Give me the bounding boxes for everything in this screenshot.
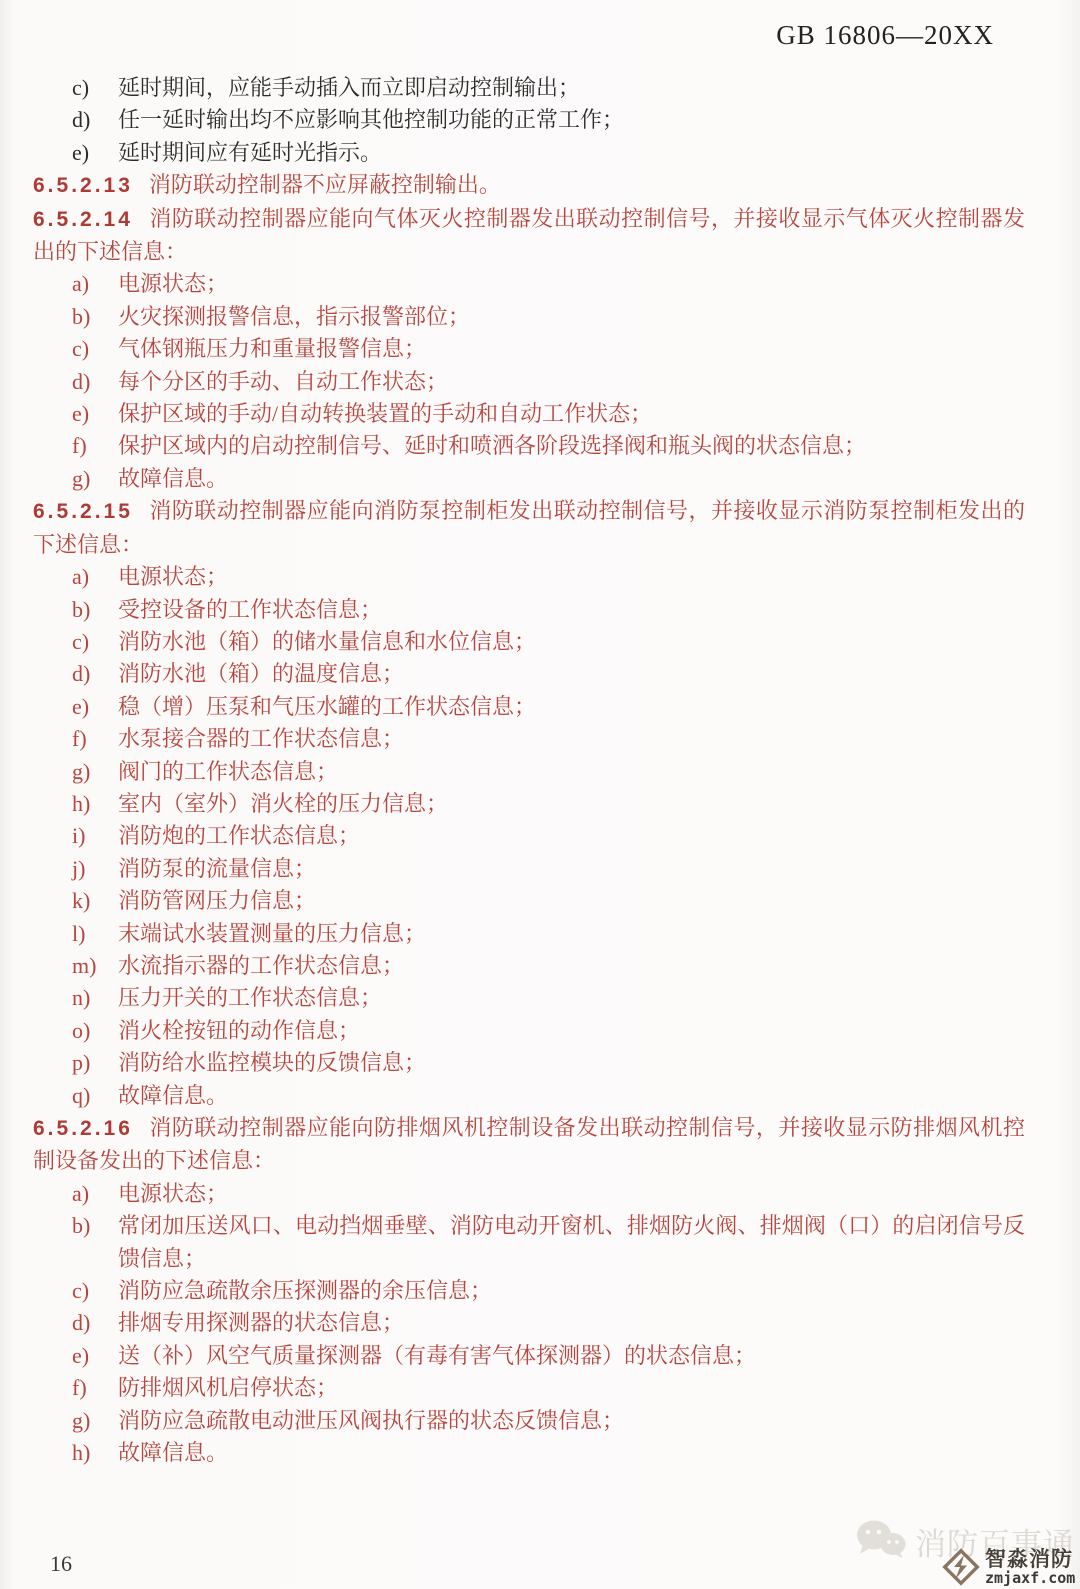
list-item-label: c) <box>72 1275 118 1307</box>
list-item-text: 消火栓按钮的动作信息； <box>118 1015 1025 1047</box>
zhimiao-logo-icon <box>942 1548 980 1589</box>
list-item-text: 送（补）风空气质量探测器（有毒有害气体探测器）的状态信息； <box>118 1340 1025 1372</box>
list-item-label: e) <box>72 137 118 169</box>
list-item-label: j) <box>72 853 118 885</box>
list-item: e)保护区域的手动/自动转换装置的手动和自动工作状态； <box>33 398 1025 430</box>
list-item-text: 消防应急疏散余压探测器的余压信息； <box>118 1275 1025 1307</box>
section-text: 消防联动控制器应能向消防泵控制柜发出联动控制信号，并接收显示消防泵控制柜发出的下… <box>33 498 1025 556</box>
list-item-text: 受控设备的工作状态信息； <box>118 594 1025 626</box>
list-item: p)消防给水监控模块的反馈信息； <box>33 1047 1025 1079</box>
logo-text: 智淼消防 <box>985 1548 1075 1570</box>
list-item: f)防排烟风机启停状态； <box>33 1372 1025 1404</box>
section-heading: 6.5.2.16消防联动控制器应能向防排烟风机控制设备发出联动控制信号，并接收显… <box>33 1112 1025 1178</box>
list-item-text: 延时期间应有延时光指示。 <box>118 137 1025 169</box>
list-item: g)消防应急疏散电动泄压风阀执行器的状态反馈信息； <box>33 1405 1025 1437</box>
list-item: f)保护区域内的启动控制信号、延时和喷洒各阶段选择阀和瓶头阀的状态信息； <box>33 430 1025 462</box>
list-item-text: 消防管网压力信息； <box>118 885 1025 917</box>
list-item-text: 消防泵的流量信息； <box>118 853 1025 885</box>
list-item: b)受控设备的工作状态信息； <box>33 594 1025 626</box>
list-item: m)水流指示器的工作状态信息； <box>33 950 1025 982</box>
list-item-text: 故障信息。 <box>118 1437 1025 1469</box>
list-item-text: 消防炮的工作状态信息； <box>118 820 1025 852</box>
list-item-text: 稳（增）压泵和气压水罐的工作状态信息； <box>118 691 1025 723</box>
list-item: b)火灾探测报警信息，指示报警部位； <box>33 301 1025 333</box>
list-item: e)稳（增）压泵和气压水罐的工作状态信息； <box>33 691 1025 723</box>
section-heading: 6.5.2.15消防联动控制器应能向消防泵控制柜发出联动控制信号，并接收显示消防… <box>33 495 1025 561</box>
list-item: q)故障信息。 <box>33 1080 1025 1112</box>
standard-number: GB 16806—20XX <box>776 20 994 51</box>
list-item: h)室内（室外）消火栓的压力信息； <box>33 788 1025 820</box>
list-item: c)消防水池（箱）的储水量信息和水位信息； <box>33 626 1025 658</box>
list-item-label: b) <box>72 594 118 626</box>
section-number: 6.5.2.15 <box>33 500 133 523</box>
list-item-label: b) <box>72 301 118 333</box>
list-item-text: 防排烟风机启停状态； <box>118 1372 1025 1404</box>
list-item-text: 气体钢瓶压力和重量报警信息； <box>118 333 1025 365</box>
section-heading: 6.5.2.13消防联动控制器不应屏蔽控制输出。 <box>33 169 1025 202</box>
wechat-icon <box>855 1518 907 1565</box>
list-item-label: c) <box>72 333 118 365</box>
list-item: d)每个分区的手动、自动工作状态； <box>33 366 1025 398</box>
list-item: l)末端试水装置测量的压力信息； <box>33 918 1025 950</box>
list-item-text: 电源状态； <box>118 268 1025 300</box>
list-item-label: m) <box>72 950 118 982</box>
list-item-label: g) <box>72 463 118 495</box>
list-item: c)消防应急疏散余压探测器的余压信息； <box>33 1275 1025 1307</box>
list-item-label: e) <box>72 1340 118 1372</box>
list-item-label: d) <box>72 104 118 136</box>
list-item-label: i) <box>72 820 118 852</box>
list-item-label: e) <box>72 691 118 723</box>
list-item-label: c) <box>72 72 118 104</box>
list-item-label: d) <box>72 1307 118 1339</box>
section-text: 消防联动控制器不应屏蔽控制输出。 <box>149 172 501 197</box>
list-item-text: 消防给水监控模块的反馈信息； <box>118 1047 1025 1079</box>
list-item-label: l) <box>72 918 118 950</box>
list-item-text: 末端试水装置测量的压力信息； <box>118 918 1025 950</box>
list-item-label: b) <box>72 1210 118 1275</box>
list-item: k)消防管网压力信息； <box>33 885 1025 917</box>
list-item-text: 任一延时输出均不应影响其他控制功能的正常工作； <box>118 104 1025 136</box>
list-item: g)阀门的工作状态信息； <box>33 756 1025 788</box>
list-item-label: a) <box>72 268 118 300</box>
list-item-text: 保护区域的手动/自动转换装置的手动和自动工作状态； <box>118 398 1025 430</box>
list-item-label: d) <box>72 366 118 398</box>
list-item-text: 消防水池（箱）的储水量信息和水位信息； <box>118 626 1025 658</box>
list-item: o)消火栓按钮的动作信息； <box>33 1015 1025 1047</box>
site-logo: 智淼消防 zmjaxf.com <box>942 1548 1075 1589</box>
list-item-text: 排烟专用探测器的状态信息； <box>118 1307 1025 1339</box>
list-item-text: 电源状态； <box>118 1178 1025 1210</box>
list-item: g)故障信息。 <box>33 463 1025 495</box>
list-item-label: n) <box>72 982 118 1014</box>
list-item: j)消防泵的流量信息； <box>33 853 1025 885</box>
list-item: i)消防炮的工作状态信息； <box>33 820 1025 852</box>
list-item: e)延时期间应有延时光指示。 <box>33 137 1025 169</box>
list-item: c)延时期间，应能手动插入而立即启动控制输出； <box>33 72 1025 104</box>
list-item-label: a) <box>72 561 118 593</box>
list-item-text: 每个分区的手动、自动工作状态； <box>118 366 1025 398</box>
list-item-text: 水泵接合器的工作状态信息； <box>118 723 1025 755</box>
section-heading: 6.5.2.14消防联动控制器应能向气体灭火控制器发出联动控制信号，并接收显示气… <box>33 203 1025 269</box>
list-item-text: 延时期间，应能手动插入而立即启动控制输出； <box>118 72 1025 104</box>
section-number: 6.5.2.13 <box>33 174 133 197</box>
list-item-text: 水流指示器的工作状态信息； <box>118 950 1025 982</box>
list-item-label: h) <box>72 788 118 820</box>
list-item-text: 室内（室外）消火栓的压力信息； <box>118 788 1025 820</box>
list-item-label: g) <box>72 756 118 788</box>
list-item: h)故障信息。 <box>33 1437 1025 1469</box>
list-item: d)消防水池（箱）的温度信息； <box>33 658 1025 690</box>
list-item-text: 常闭加压送风口、电动挡烟垂壁、消防电动开窗机、排烟防火阀、排烟阀（口）的启闭信号… <box>118 1210 1025 1275</box>
list-item-text: 火灾探测报警信息，指示报警部位； <box>118 301 1025 333</box>
logo-url: zmjaxf.com <box>985 1570 1075 1587</box>
list-item: a)电源状态； <box>33 561 1025 593</box>
list-item-label: f) <box>72 430 118 462</box>
list-item: d)任一延时输出均不应影响其他控制功能的正常工作； <box>33 104 1025 136</box>
section-text: 消防联动控制器应能向气体灭火控制器发出联动控制信号，并接收显示气体灭火控制器发出… <box>33 206 1025 264</box>
list-item-text: 阀门的工作状态信息； <box>118 756 1025 788</box>
list-item-label: k) <box>72 885 118 917</box>
list-item-label: p) <box>72 1047 118 1079</box>
list-item-label: c) <box>72 626 118 658</box>
section-number: 6.5.2.16 <box>33 1117 133 1140</box>
list-item: a)电源状态； <box>33 1178 1025 1210</box>
list-item-text: 消防应急疏散电动泄压风阀执行器的状态反馈信息； <box>118 1405 1025 1437</box>
list-item: d)排烟专用探测器的状态信息； <box>33 1307 1025 1339</box>
list-item-text: 保护区域内的启动控制信号、延时和喷洒各阶段选择阀和瓶头阀的状态信息； <box>118 430 1025 462</box>
list-item: e)送（补）风空气质量探测器（有毒有害气体探测器）的状态信息； <box>33 1340 1025 1372</box>
document-body: c)延时期间，应能手动插入而立即启动控制输出；d)任一延时输出均不应影响其他控制… <box>33 72 1025 1469</box>
list-item: a)电源状态； <box>33 268 1025 300</box>
list-item: c)气体钢瓶压力和重量报警信息； <box>33 333 1025 365</box>
list-item-text: 消防水池（箱）的温度信息； <box>118 658 1025 690</box>
list-item-text: 压力开关的工作状态信息； <box>118 982 1025 1014</box>
list-item-label: d) <box>72 658 118 690</box>
list-item-label: g) <box>72 1405 118 1437</box>
document-page: GB 16806—20XX c)延时期间，应能手动插入而立即启动控制输出；d)任… <box>0 0 1080 1589</box>
list-item: f)水泵接合器的工作状态信息； <box>33 723 1025 755</box>
list-item-text: 故障信息。 <box>118 463 1025 495</box>
page-number: 16 <box>50 1551 72 1577</box>
list-item-label: q) <box>72 1080 118 1112</box>
list-item-label: o) <box>72 1015 118 1047</box>
list-item-label: a) <box>72 1178 118 1210</box>
list-item-label: h) <box>72 1437 118 1469</box>
list-item: b)常闭加压送风口、电动挡烟垂壁、消防电动开窗机、排烟防火阀、排烟阀（口）的启闭… <box>33 1210 1025 1275</box>
list-item-label: e) <box>72 398 118 430</box>
list-item-text: 电源状态； <box>118 561 1025 593</box>
list-item-label: f) <box>72 723 118 755</box>
list-item: n)压力开关的工作状态信息； <box>33 982 1025 1014</box>
list-item-label: f) <box>72 1372 118 1404</box>
list-item-text: 故障信息。 <box>118 1080 1025 1112</box>
section-number: 6.5.2.14 <box>33 208 133 231</box>
section-text: 消防联动控制器应能向防排烟风机控制设备发出联动控制信号，并接收显示防排烟风机控制… <box>33 1115 1025 1173</box>
